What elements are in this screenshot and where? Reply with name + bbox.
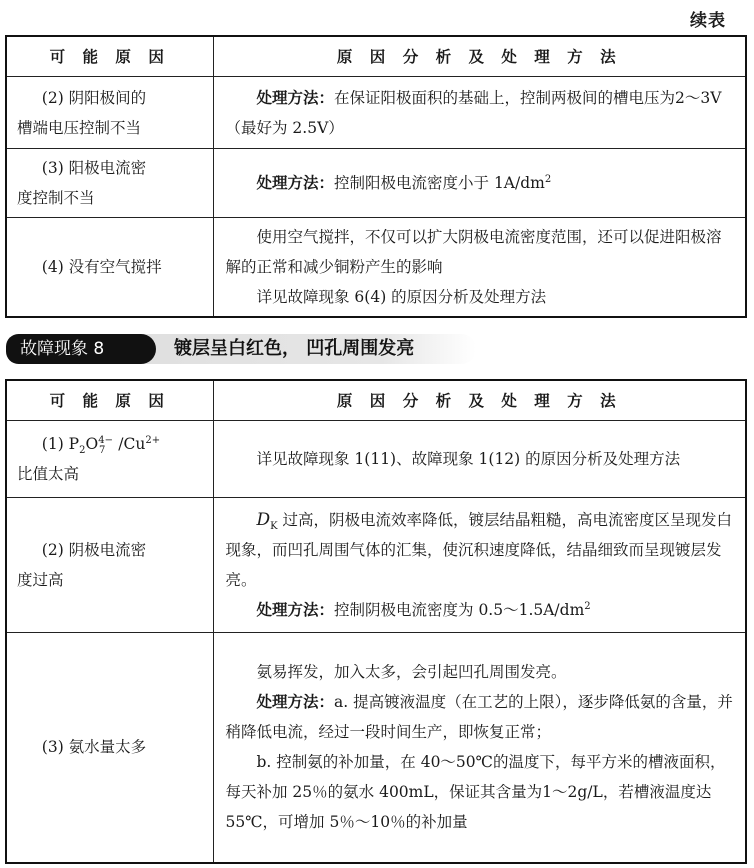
analysis-cell: 处理方法：在保证阳极面积的基础上，控制两极间的槽电压为2～3V（最好为 2.5V…: [213, 77, 746, 149]
table-row: (4) 没有空气搅拌 使用空气搅拌，不仅可以扩大阴极电流密度范围，还可以促进阳极…: [6, 218, 746, 318]
analysis-cell: 详见故障现象 1(11)、故障现象 1(12) 的原因分析及处理方法: [213, 421, 746, 498]
analysis-cell: 使用空气搅拌，不仅可以扩大阴极电流密度范围，还可以促进阳极溶解的正常和减少铜粉产…: [213, 218, 746, 318]
cause-cell: (4) 没有空气搅拌: [6, 218, 213, 318]
method-label: 处理方法：: [257, 600, 335, 619]
fault-table-continued: 可 能 原 因 原 因 分 析 及 处 理 方 法 (2) 阴阳极间的 槽端电压…: [5, 35, 747, 318]
table-row: (3) 氨水量太多 氨易挥发，加入太多，会引起凹孔周围发亮。 处理方法：a. 提…: [6, 633, 746, 863]
cause-cell: (3) 阳极电流密 度控制不当: [6, 149, 213, 218]
method-label: 处理方法：: [257, 692, 335, 711]
fault-table-8: 可 能 原 因 原 因 分 析 及 处 理 方 法 (1) P2O4−7 /Cu…: [5, 379, 747, 864]
analysis-cell: DK 过高，阴极电流效率降低，镀层结晶粗糙，高电流密度区呈现发白现象，而凹孔周围…: [213, 498, 746, 633]
method-label: 处理方法：: [257, 88, 335, 107]
header-analysis-method: 原 因 分 析 及 处 理 方 法: [213, 380, 746, 421]
fault-title: 镀层呈白红色， 凹孔周围发亮: [174, 334, 414, 364]
table-row: (2) 阴阳极间的 槽端电压控制不当 处理方法：在保证阳极面积的基础上，控制两极…: [6, 77, 746, 149]
cause-cell: (3) 氨水量太多: [6, 633, 213, 863]
table-row: (1) P2O4−7 /Cu2+ 比值太高 详见故障现象 1(11)、故障现象 …: [6, 421, 746, 498]
cause-cell: (2) 阴阳极间的 槽端电压控制不当: [6, 77, 213, 149]
dk-symbol: D: [257, 510, 271, 530]
header-possible-cause: 可 能 原 因: [6, 36, 213, 77]
continued-table-label: 续表: [690, 6, 726, 31]
header-analysis-method: 原 因 分 析 及 处 理 方 法: [213, 36, 746, 77]
table-row: (3) 阳极电流密 度控制不当 处理方法：控制阳极电流密度小于 1A/dm2: [6, 149, 746, 218]
analysis-cell: 处理方法：控制阳极电流密度小于 1A/dm2: [213, 149, 746, 218]
ratio-formula: (1) P2O4−7 /Cu2+: [17, 429, 207, 459]
table-header-row: 可 能 原 因 原 因 分 析 及 处 理 方 法: [6, 380, 746, 421]
table-row: (2) 阴极电流密 度过高 DK 过高，阴极电流效率降低，镀层结晶粗糙，高电流密…: [6, 498, 746, 633]
fault-number-tag: 故障现象 8: [6, 334, 156, 364]
table-header-row: 可 能 原 因 原 因 分 析 及 处 理 方 法: [6, 36, 746, 77]
analysis-cell: 氨易挥发，加入太多，会引起凹孔周围发亮。 处理方法：a. 提高镀液温度（在工艺的…: [213, 633, 746, 863]
fault-banner: 故障现象 8 镀层呈白红色， 凹孔周围发亮: [6, 334, 476, 364]
method-label: 处理方法：: [257, 173, 335, 192]
cause-cell: (2) 阴极电流密 度过高: [6, 498, 213, 633]
header-possible-cause: 可 能 原 因: [6, 380, 213, 421]
cause-cell: (1) P2O4−7 /Cu2+ 比值太高: [6, 421, 213, 498]
